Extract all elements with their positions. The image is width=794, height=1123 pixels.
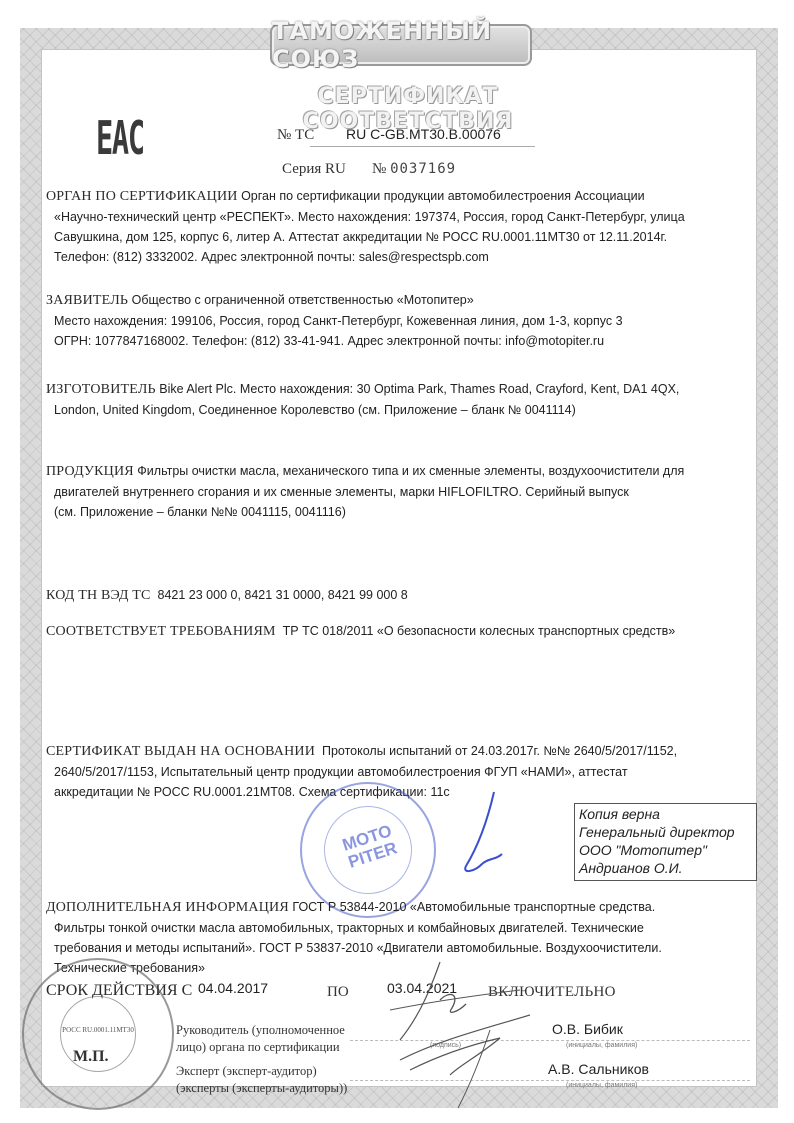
section-text: 8421 23 000 0, 8421 31 0000, 8421 99 000… [158, 588, 408, 602]
seal-placeholder-label: М.П. [73, 1048, 109, 1066]
head-label-line: лицо) органа по сертификации [176, 1039, 345, 1056]
expert-label-line: Эксперт (эксперт-аудитор) [176, 1063, 347, 1080]
section-text: Фильтры очистки масла, механического тип… [137, 464, 684, 478]
head-label-line: Руководитель (уполномоченное [176, 1022, 345, 1039]
section-text: Протоколы испытаний от 24.03.2017г. №№ 2… [322, 744, 677, 758]
section-text: Орган по сертификации продукции автомоби… [241, 189, 645, 203]
section-text: требования и методы испытаний». ГОСТ Р 5… [46, 938, 756, 958]
section-text: двигателей внутреннего сгорания и их сме… [46, 482, 756, 502]
section-text: ТР ТС 018/2011 «О безопасности колесных … [283, 624, 676, 638]
section-text: 2640/5/2017/1153, Испытательный центр пр… [46, 762, 756, 782]
valid-to-label: ПО [327, 984, 349, 1001]
section-applicant: ЗАЯВИТЕЛЬ Общество с ограниченной ответс… [46, 290, 756, 351]
section-certification-body: ОРГАН ПО СЕРТИФИКАЦИИ Орган по сертифика… [46, 186, 756, 267]
section-text: London, United Kingdom, Соединенное Коро… [46, 400, 756, 420]
certification-body-stamp-icon: РОСС RU.0001.11MT30 [22, 958, 174, 1110]
section-hs-code: КОД ТН ВЭД ТС 8421 23 000 0, 8421 31 000… [46, 585, 756, 606]
stamp-registration: РОСС RU.0001.11MT30 [58, 1026, 138, 1034]
section-text: Телефон: (812) 3332002. Адрес электронно… [46, 247, 756, 267]
section-label: ПРОДУКЦИЯ [46, 464, 134, 479]
handwritten-signatures-icon [380, 960, 580, 1110]
copy-text: Копия верна [579, 805, 752, 823]
tc-number-underline [310, 146, 535, 147]
section-label: ИЗГОТОВИТЕЛЬ [46, 382, 156, 397]
copy-text: Андрианов О.И. [579, 859, 752, 877]
expert-signatory-label: Эксперт (эксперт-аудитор) (эксперты (экс… [176, 1063, 347, 1097]
section-label: ДОПОЛНИТЕЛЬНАЯ ИНФОРМАЦИЯ [46, 900, 289, 915]
section-label: КОД ТН ВЭД ТС [46, 588, 151, 603]
customs-union-banner: ТАМОЖЕННЫЙ СОЮЗ [270, 24, 532, 66]
section-label: ОРГАН ПО СЕРТИФИКАЦИИ [46, 189, 238, 204]
section-text: Савушкина, дом 125, корпус 6, литер А. А… [46, 227, 756, 247]
section-label: СЕРТИФИКАТ ВЫДАН НА ОСНОВАНИИ [46, 744, 315, 759]
validity-label: СРОК ДЕЙСТВИЯ С [46, 982, 192, 1000]
director-signature-icon [452, 788, 512, 888]
section-label: ЗАЯВИТЕЛЬ [46, 293, 128, 308]
section-text: ОГРН: 1077847168002. Телефон: (812) 33-4… [46, 331, 756, 351]
section-text: «Научно-технический центр «РЕСПЕКТ». Мес… [46, 207, 756, 227]
valid-from-date: 04.04.2017 [198, 980, 268, 996]
copy-text: Генеральный директор [579, 823, 752, 841]
section-conformity: СООТВЕТСТВУЕТ ТРЕБОВАНИЯМ ТР ТС 018/2011… [46, 621, 756, 642]
customs-union-text: ТАМОЖЕННЫЙ СОЮЗ [272, 17, 530, 73]
expert-label-line: (эксперты (эксперты-аудиторы)) [176, 1080, 347, 1097]
section-text: Bike Alert Plc. Место нахождения: 30 Opt… [159, 382, 679, 396]
series-number-label: № [372, 161, 386, 177]
section-manufacturer: ИЗГОТОВИТЕЛЬ Bike Alert Plc. Место нахож… [46, 379, 756, 420]
tc-number-label: № ТС [277, 127, 314, 144]
section-text: Общество с ограниченной ответственностью… [132, 293, 474, 307]
copy-text: ООО "Мотопитер" [579, 841, 752, 859]
series-number-block: № 0037169 [372, 161, 456, 178]
section-product: ПРОДУКЦИЯ Фильтры очистки масла, механич… [46, 461, 756, 522]
section-text: ГОСТ Р 53844-2010 «Автомобильные транспо… [292, 900, 655, 914]
series-number: 0037169 [390, 161, 456, 177]
section-text: (см. Приложение – бланки №№ 0041115, 004… [46, 502, 756, 522]
tc-number: RU C-GB.MT30.B.00076 [346, 126, 501, 142]
section-text: Место нахождения: 199106, Россия, город … [46, 311, 756, 331]
section-label: СООТВЕТСТВУЕТ ТРЕБОВАНИЯМ [46, 624, 276, 639]
head-signatory-label: Руководитель (уполномоченное лицо) орган… [176, 1022, 345, 1056]
copy-certified-box: Копия верна Генеральный директор ООО "Мо… [574, 803, 757, 881]
section-text: Фильтры тонкой очистки масла автомобильн… [46, 918, 756, 938]
series-label: Серия RU [282, 161, 346, 178]
eac-mark-icon: EAC [96, 111, 144, 165]
